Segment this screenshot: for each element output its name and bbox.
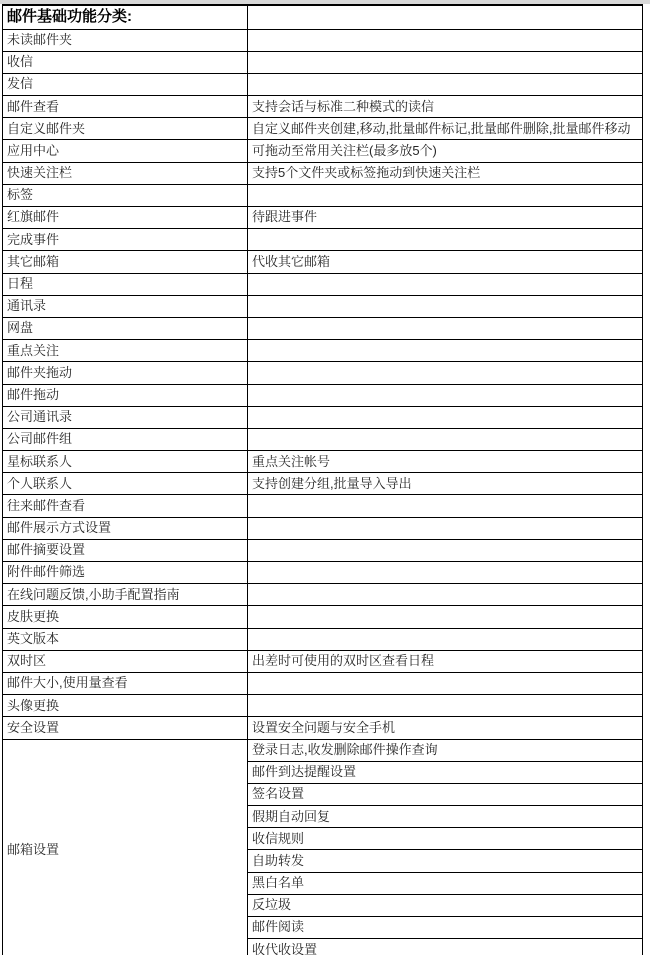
- table-row: 在线问题反馈,小助手配置指南: [3, 584, 643, 606]
- detail-cell: [248, 672, 643, 694]
- table-row: 网盘: [3, 317, 643, 339]
- table-row: 收信: [3, 51, 643, 73]
- detail-cell: [248, 29, 643, 51]
- table-row: 未读邮件夹: [3, 29, 643, 51]
- detail-cell: 出差时可使用的双时区查看日程: [248, 650, 643, 672]
- table-row: 安全设置设置安全问题与安全手机: [3, 717, 643, 739]
- detail-cell: [248, 384, 643, 406]
- detail-cell: 反垃圾: [248, 894, 643, 916]
- detail-cell: [248, 5, 643, 29]
- detail-cell: [248, 606, 643, 628]
- detail-cell: 待跟进事件: [248, 207, 643, 229]
- table-row: 重点关注: [3, 340, 643, 362]
- table-row: 个人联系人支持创建分组,批量导入导出: [3, 473, 643, 495]
- table-row: 完成事件: [3, 229, 643, 251]
- detail-cell: 可拖动至常用关注栏(最多放5个): [248, 140, 643, 162]
- detail-cell: [248, 273, 643, 295]
- detail-cell: [248, 517, 643, 539]
- detail-cell: [248, 340, 643, 362]
- feature-cell: 红旗邮件: [3, 207, 248, 229]
- detail-cell: [248, 229, 643, 251]
- table-row: 邮件大小,使用量查看: [3, 672, 643, 694]
- detail-cell: 收信规则: [248, 828, 643, 850]
- table-row: 发信: [3, 73, 643, 95]
- table-row: 日程: [3, 273, 643, 295]
- feature-cell: 未读邮件夹: [3, 29, 248, 51]
- detail-cell: [248, 695, 643, 717]
- detail-cell: [248, 295, 643, 317]
- detail-cell: 支持会话与标准二种模式的读信: [248, 96, 643, 118]
- feature-cell: 在线问题反馈,小助手配置指南: [3, 584, 248, 606]
- feature-cell: 网盘: [3, 317, 248, 339]
- feature-cell: 收信: [3, 51, 248, 73]
- feature-cell: 公司邮件组: [3, 428, 248, 450]
- merged-feature-cell: 邮箱设置: [3, 739, 248, 955]
- feature-cell: 标签: [3, 184, 248, 206]
- table-row: 公司邮件组: [3, 428, 643, 450]
- table-row: 邮箱设置登录日志,收发删除邮件操作查询: [3, 739, 643, 761]
- detail-cell: 代收其它邮箱: [248, 251, 643, 273]
- table-row: 快速关注栏支持5个文件夹或标签拖动到快速关注栏: [3, 162, 643, 184]
- detail-cell: [248, 317, 643, 339]
- feature-cell: 发信: [3, 73, 248, 95]
- detail-cell: [248, 584, 643, 606]
- table-row: 公司通讯录: [3, 406, 643, 428]
- table-header-row: 邮件基础功能分类:: [3, 5, 643, 29]
- feature-cell: 邮件大小,使用量查看: [3, 672, 248, 694]
- feature-cell: 邮件查看: [3, 96, 248, 118]
- table-row: 往来邮件查看: [3, 495, 643, 517]
- feature-cell: 星标联系人: [3, 451, 248, 473]
- detail-cell: 支持创建分组,批量导入导出: [248, 473, 643, 495]
- table-row: 邮件摘要设置: [3, 539, 643, 561]
- detail-cell: [248, 539, 643, 561]
- table-row: 自定义邮件夹自定义邮件夹创建,移动,批量邮件标记,批量邮件删除,批量邮件移动: [3, 118, 643, 140]
- table-row: 邮件展示方式设置: [3, 517, 643, 539]
- detail-cell: [248, 628, 643, 650]
- table-title-cell: 邮件基础功能分类:: [3, 5, 248, 29]
- table-row: 邮件拖动: [3, 384, 643, 406]
- detail-cell: 登录日志,收发删除邮件操作查询: [248, 739, 643, 761]
- feature-cell: 其它邮箱: [3, 251, 248, 273]
- detail-cell: 假期自动回复: [248, 806, 643, 828]
- detail-cell: [248, 428, 643, 450]
- table-row: 其它邮箱代收其它邮箱: [3, 251, 643, 273]
- detail-cell: [248, 406, 643, 428]
- feature-cell: 邮件摘要设置: [3, 539, 248, 561]
- detail-cell: 签名设置: [248, 783, 643, 805]
- feature-cell: 双时区: [3, 650, 248, 672]
- detail-cell: 设置安全问题与安全手机: [248, 717, 643, 739]
- detail-cell: 重点关注帐号: [248, 451, 643, 473]
- table-row: 邮件夹拖动: [3, 362, 643, 384]
- document-table-screenshot: 邮件基础功能分类:未读邮件夹收信发信邮件查看支持会话与标准二种模式的读信自定义邮…: [0, 0, 650, 955]
- detail-cell: 邮件到达提醒设置: [248, 761, 643, 783]
- detail-cell: 收代收设置: [248, 939, 643, 955]
- feature-cell: 英文版本: [3, 628, 248, 650]
- detail-cell: [248, 184, 643, 206]
- table-row: 双时区出差时可使用的双时区查看日程: [3, 650, 643, 672]
- feature-cell: 日程: [3, 273, 248, 295]
- detail-cell: [248, 495, 643, 517]
- feature-cell: 往来邮件查看: [3, 495, 248, 517]
- detail-cell: 黑白名单: [248, 872, 643, 894]
- feature-cell: 完成事件: [3, 229, 248, 251]
- table-row: 通讯录: [3, 295, 643, 317]
- feature-cell: 快速关注栏: [3, 162, 248, 184]
- feature-cell: 附件邮件筛选: [3, 562, 248, 584]
- table-row: 红旗邮件待跟进事件: [3, 207, 643, 229]
- feature-cell: 个人联系人: [3, 473, 248, 495]
- feature-cell: 安全设置: [3, 717, 248, 739]
- table-row: 星标联系人重点关注帐号: [3, 451, 643, 473]
- feature-table: 邮件基础功能分类:未读邮件夹收信发信邮件查看支持会话与标准二种模式的读信自定义邮…: [2, 4, 643, 955]
- feature-cell: 通讯录: [3, 295, 248, 317]
- table-row: 标签: [3, 184, 643, 206]
- feature-cell: 邮件夹拖动: [3, 362, 248, 384]
- table-row: 邮件查看支持会话与标准二种模式的读信: [3, 96, 643, 118]
- table-row: 应用中心可拖动至常用关注栏(最多放5个): [3, 140, 643, 162]
- feature-cell: 邮件展示方式设置: [3, 517, 248, 539]
- feature-cell: 公司通讯录: [3, 406, 248, 428]
- detail-cell: [248, 73, 643, 95]
- detail-cell: 支持5个文件夹或标签拖动到快速关注栏: [248, 162, 643, 184]
- feature-cell: 邮件拖动: [3, 384, 248, 406]
- detail-cell: [248, 562, 643, 584]
- table-row: 头像更换: [3, 695, 643, 717]
- detail-cell: [248, 51, 643, 73]
- feature-cell: 重点关注: [3, 340, 248, 362]
- feature-cell: 头像更换: [3, 695, 248, 717]
- feature-table-body: 邮件基础功能分类:未读邮件夹收信发信邮件查看支持会话与标准二种模式的读信自定义邮…: [3, 5, 643, 955]
- feature-cell: 应用中心: [3, 140, 248, 162]
- feature-cell: 自定义邮件夹: [3, 118, 248, 140]
- table-row: 英文版本: [3, 628, 643, 650]
- feature-cell: 皮肤更换: [3, 606, 248, 628]
- table-row: 皮肤更换: [3, 606, 643, 628]
- detail-cell: 邮件阅读: [248, 917, 643, 939]
- table-row: 附件邮件筛选: [3, 562, 643, 584]
- detail-cell: 自定义邮件夹创建,移动,批量邮件标记,批量邮件删除,批量邮件移动: [248, 118, 643, 140]
- detail-cell: 自助转发: [248, 850, 643, 872]
- detail-cell: [248, 362, 643, 384]
